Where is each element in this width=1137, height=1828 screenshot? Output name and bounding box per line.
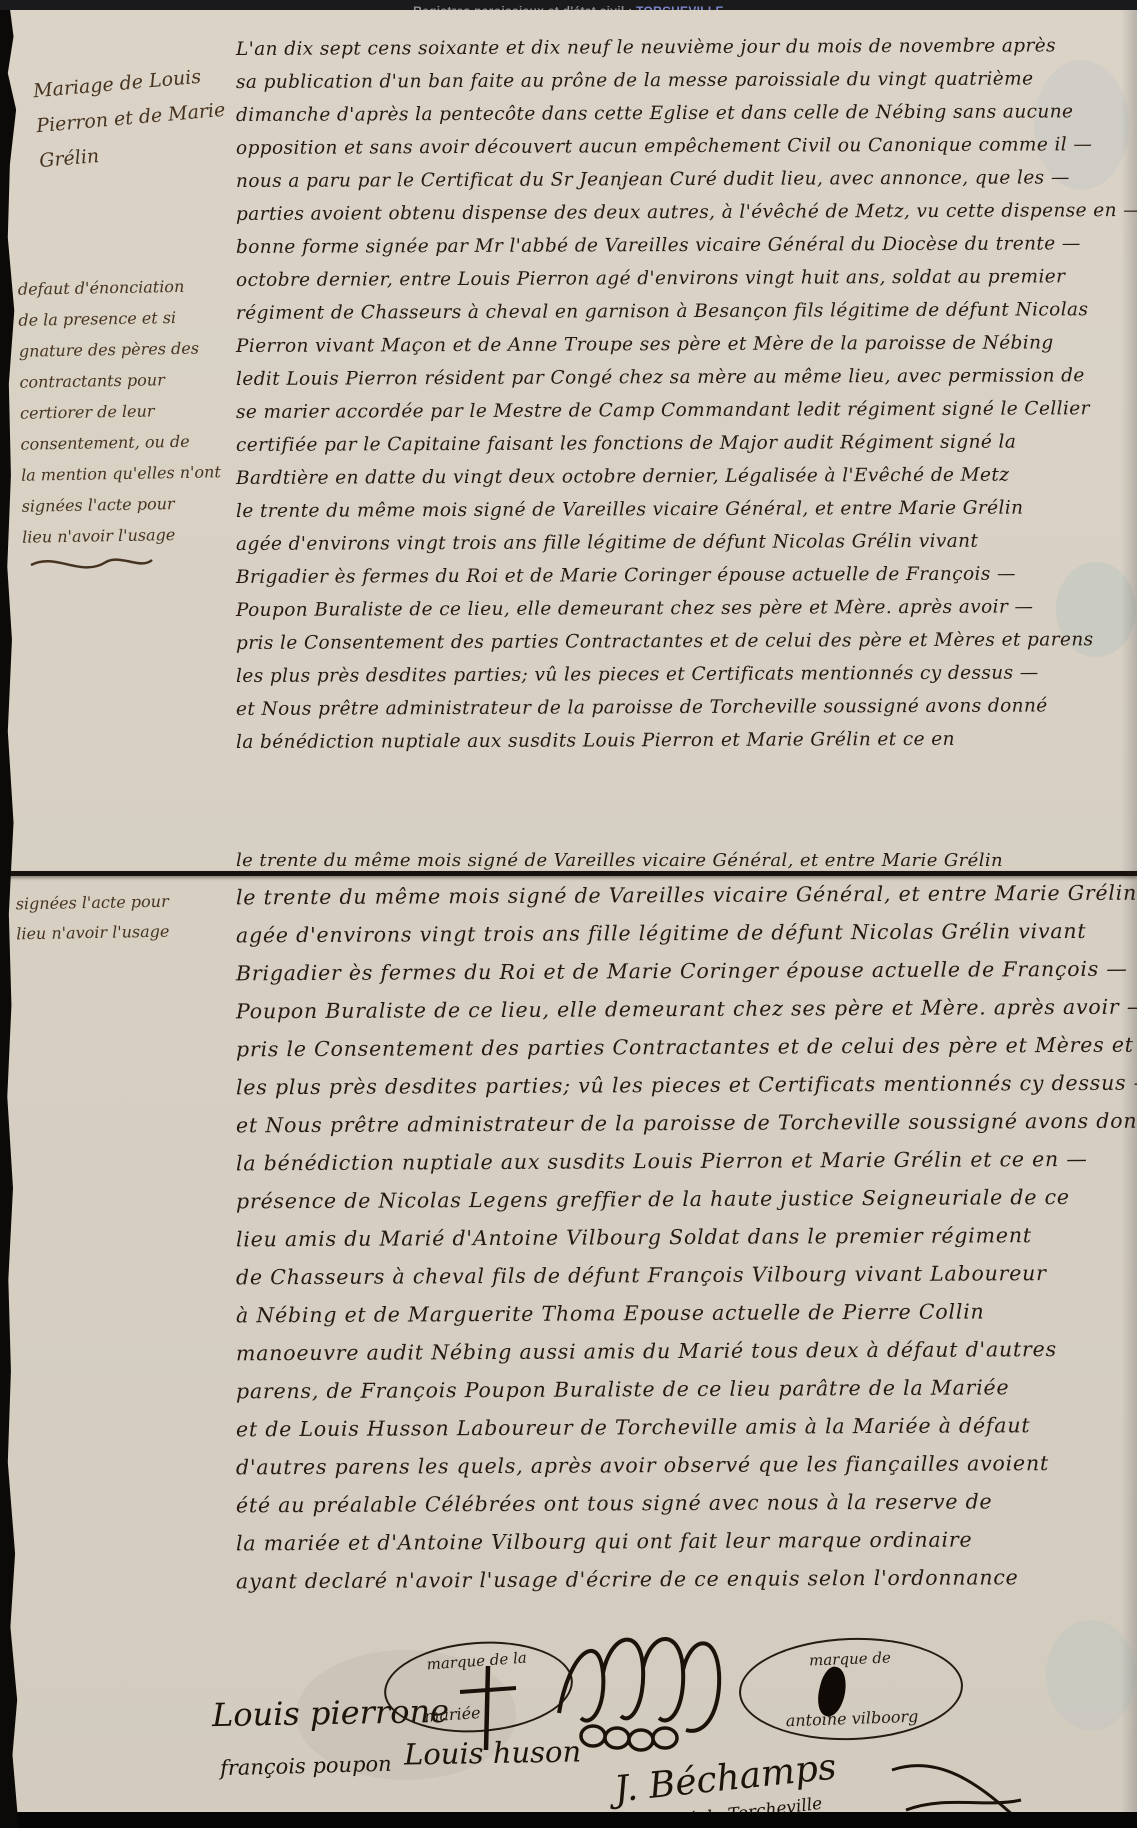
manuscript-line: le trente du même mois signé de Vareille… <box>236 882 1136 909</box>
manuscript-line: agée d'environs vingt trois ans fille lé… <box>236 920 1136 947</box>
manuscript-line: les plus près desdites parties; vû les p… <box>236 663 1136 687</box>
margin-note-line: signées l'acte pour <box>21 487 221 521</box>
manuscript-line: la bénédiction nuptiale aux susdits Loui… <box>236 729 1136 753</box>
viewer-header-bar: Registres paroissiaux et d'état civil : … <box>0 0 1137 10</box>
manuscript-line: pris le Consentement des parties Contrac… <box>236 630 1136 654</box>
vilbourg-mark-label-bottom: antoine vilboorg <box>742 1705 963 1732</box>
manuscript-line: le trente du même mois signé de Vareille… <box>236 498 1136 522</box>
seam-cut-line-wrapper: le trente du même mois signé de Vareille… <box>236 850 1136 872</box>
manuscript-line: parties avoient obtenu dispense des deux… <box>236 201 1136 225</box>
manuscript-line: sa publication d'un ban faite au prône d… <box>236 69 1136 93</box>
manuscript-line: Bardtière en datte du vingt deux octobre… <box>236 465 1136 489</box>
manuscript-line: agée d'environs vingt trois ans fille lé… <box>236 531 1136 555</box>
signature-flourish <box>886 1750 1026 1812</box>
manuscript-line: et de Louis Husson Laboureur de Torchevi… <box>236 1414 1136 1441</box>
manuscript-line: et Nous prêtre administrateur de la paro… <box>236 1110 1136 1137</box>
page-seam-line <box>6 871 1137 876</box>
cross-mark-icon <box>448 1662 528 1757</box>
margin-note-line: lieu n'avoir l'usage <box>16 917 170 950</box>
margin-flourish <box>26 550 156 580</box>
manuscript-line: certifiée par le Capitaine faisant les f… <box>236 432 1136 456</box>
manuscript-line: la bénédiction nuptiale aux susdits Loui… <box>236 1148 1136 1175</box>
viewer-title-location: TORCHEVILLE <box>636 4 724 10</box>
manuscript-line: Pierron vivant Maçon et de Anne Troupe s… <box>236 333 1136 357</box>
manuscript-line: octobre dernier, entre Louis Pierron agé… <box>236 267 1136 291</box>
margin-note-line: contractants pour <box>19 363 219 397</box>
document-viewer: Mariage de Louis Pierron et de Marie Gré… <box>0 0 1137 1828</box>
manuscript-line: Poupon Buraliste de ce lieu, elle demeur… <box>236 996 1136 1023</box>
manuscript-line: L'an dix sept cens soixante et dix neuf … <box>236 36 1136 60</box>
manuscript-line: manoeuvre audit Nébing aussi amis du Mar… <box>236 1338 1136 1365</box>
manuscript-line: les plus près desdites parties; vû les p… <box>236 1072 1136 1099</box>
manuscript-line: régiment de Chasseurs à cheval en garnis… <box>236 300 1136 324</box>
manuscript-line: lieu amis du Marié d'Antoine Vilbourg So… <box>236 1224 1136 1251</box>
margin-note-repeat: signées l'acte pour lieu n'avoir l'usage <box>15 887 169 950</box>
manuscript-line: se marier accordée par le Mestre de Camp… <box>236 399 1136 423</box>
manuscript-line: pris le Consentement des parties Contrac… <box>236 1034 1136 1061</box>
manuscript-line: présence de Nicolas Legens greffier de l… <box>236 1186 1136 1213</box>
manuscript-line: été au préalable Célébrées ont tous sign… <box>236 1490 1136 1517</box>
margin-note-line: la mention qu'elles n'ont <box>21 456 221 490</box>
signature-francois-poupon: françois poupon <box>220 1752 392 1780</box>
viewer-title: Registres paroissiaux et d'état civil : <box>413 4 632 10</box>
manuscript-line: d'autres parens les quels, après avoir o… <box>236 1452 1136 1479</box>
margin-note-line: lieu n'avoir l'usage <box>22 518 222 552</box>
margin-note-line: defaut d'énonciation <box>18 270 218 304</box>
manuscript-line: opposition et sans avoir découvert aucun… <box>236 135 1136 159</box>
manuscript-line: à Nébing et de Marguerite Thoma Epouse a… <box>236 1300 1136 1327</box>
manuscript-line: Brigadier ès fermes du Roi et de Marie C… <box>236 958 1136 985</box>
margin-note-marriage-title: Mariage de Louis Pierron et de Marie Gré… <box>32 58 230 179</box>
vilbourg-mark-oval: marque de antoine vilboorg <box>737 1634 964 1744</box>
margin-note-line: certiorer de leur <box>20 394 220 428</box>
manuscript-line: ayant declaré n'avoir l'usage d'écrire d… <box>236 1566 1136 1593</box>
manuscript-line: Brigadier ès fermes du Roi et de Marie C… <box>236 564 1136 588</box>
margin-note-annotation: defaut d'énonciation de la presence et s… <box>18 270 223 552</box>
manuscript-line: Poupon Buraliste de ce lieu, elle demeur… <box>236 597 1136 621</box>
manuscript-line-cut: le trente du même mois signé de Vareille… <box>236 850 1136 871</box>
manuscript-line: nous a paru par le Certificat du Sr Jean… <box>236 168 1136 192</box>
manuscript-line: dimanche d'après la pentecôte dans cette… <box>236 102 1136 126</box>
vilbourg-mark-label-top: marque de <box>740 1646 960 1672</box>
margin-note-line: consentement, ou de <box>20 425 220 459</box>
manuscript-line: et Nous prêtre administrateur de la paro… <box>236 696 1136 720</box>
manuscript-line: de Chasseurs à cheval fils de défunt Fra… <box>236 1262 1136 1289</box>
paraph-signature <box>551 1618 771 1763</box>
manuscript-line: la mariée et d'Antoine Vilbourg qui ont … <box>236 1528 1136 1555</box>
manuscript-line: parens, de François Poupon Buraliste de … <box>236 1376 1136 1403</box>
margin-note-line: signées l'acte pour <box>15 887 169 920</box>
manuscript-line: bonne forme signée par Mr l'abbé de Vare… <box>236 234 1136 258</box>
margin-note-line: gnature des pères des <box>19 332 219 366</box>
margin-note-line: de la presence et si <box>18 301 218 335</box>
document-page: Mariage de Louis Pierron et de Marie Gré… <box>6 10 1137 1812</box>
manuscript-line: ledit Louis Pierron résident par Congé c… <box>236 366 1136 390</box>
